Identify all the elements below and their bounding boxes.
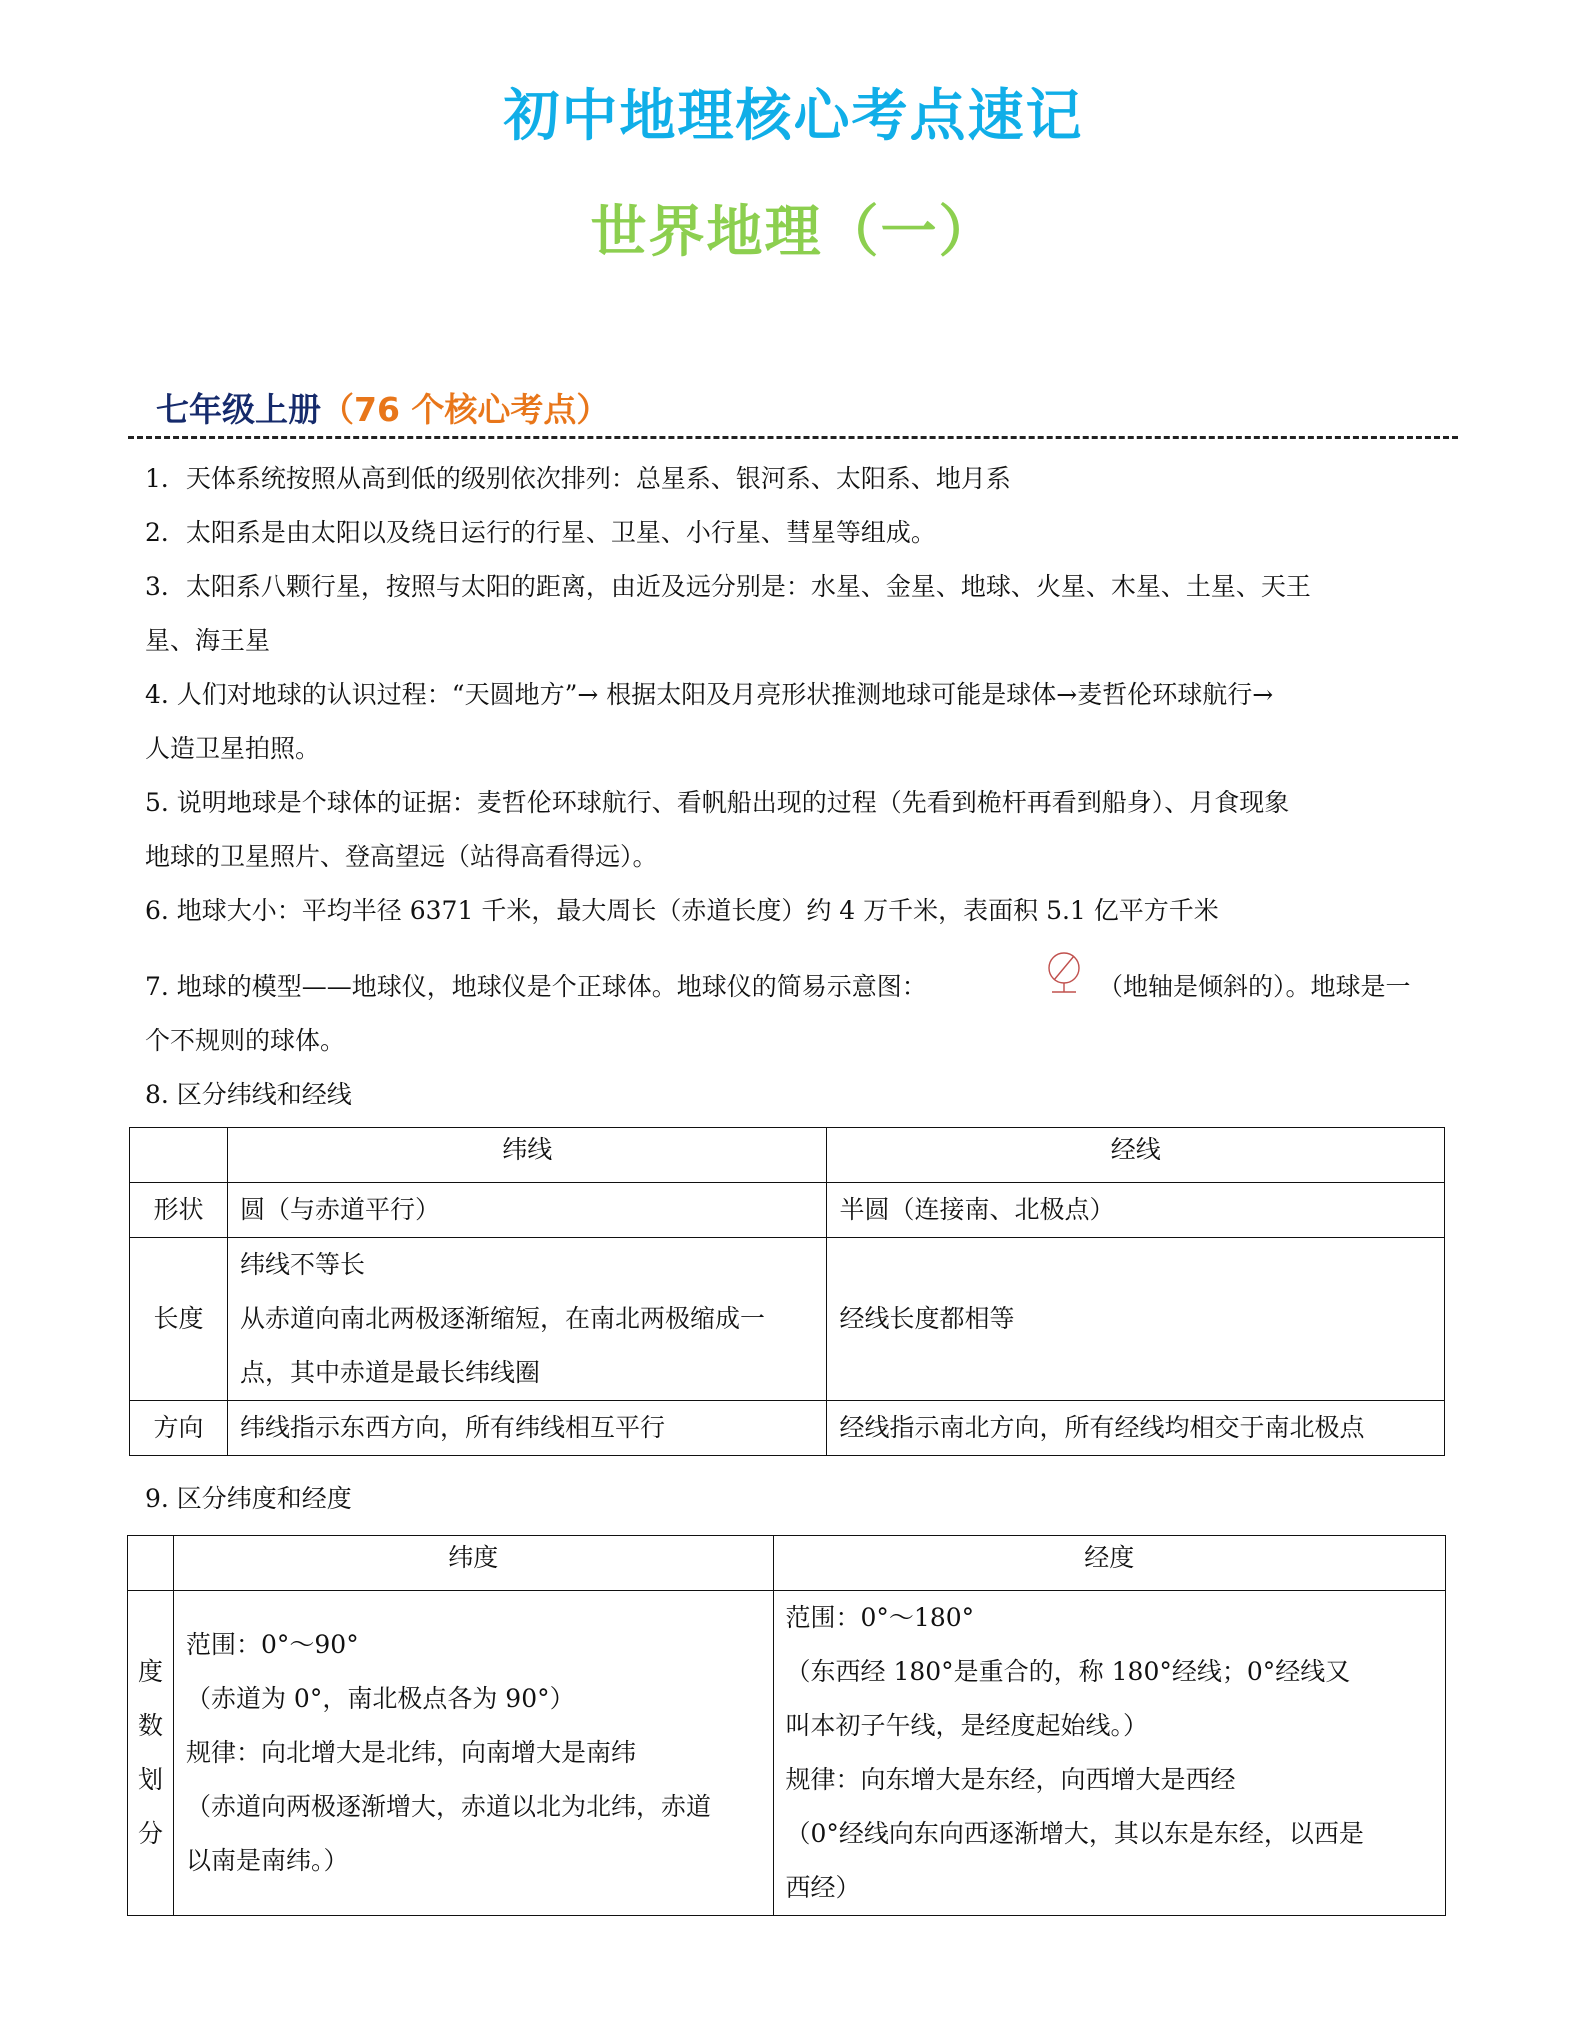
tilted-globe-icon <box>1042 950 1086 998</box>
table-row: 方向 纬线指示东西方向，所有纬线相互平行 经线指示南北方向，所有经线均相交于南北… <box>130 1401 1445 1456</box>
header-cell-longitude: 经度 <box>773 1536 1445 1591</box>
cell-text-line: （东西经 180°是重合的，称 180°经线；0°经线又 <box>786 1645 1433 1699</box>
point-4-line-1: 4. 人们对地球的认识过程：“天圆地方”→ 根据太阳及月亮形状推测地球可能是球体… <box>145 678 1273 712</box>
document-subtitle: 世界地理（一） <box>0 188 1587 268</box>
dashed-divider <box>128 436 1458 439</box>
cell-latitude-range: 范围：0°～90° （赤道为 0°，南北极点各为 90°） 规律：向北增大是北纬… <box>173 1591 773 1916</box>
point-4-line-2: 人造卫星拍照。 <box>145 732 320 766</box>
label-char: 度 <box>136 1645 164 1699</box>
table-header-row: 纬线 经线 <box>130 1128 1445 1183</box>
header-cell-latitude-lines: 纬线 <box>227 1128 827 1183</box>
point-2-line-1: 2．太阳系是由太阳以及绕日运行的行星、卫星、小行星、彗星等组成。 <box>145 516 936 550</box>
point-9-heading: 9. 区分纬度和经度 <box>145 1482 352 1516</box>
cell-longitude-range: 范围：0°～180° （东西经 180°是重合的，称 180°经线；0°经线又 … <box>773 1591 1445 1916</box>
table-row: 长度 纬线不等长 从赤道向南北两极逐渐缩短，在南北两极缩成一 点，其中赤道是最长… <box>130 1238 1445 1401</box>
cell-text-line: 纬线不等长 <box>240 1238 815 1292</box>
label-char: 数 <box>136 1699 164 1753</box>
header-cell-longitude-lines: 经线 <box>827 1128 1445 1183</box>
cell-text-line: 规律：向东增大是东经，向西增大是西经 <box>786 1753 1433 1807</box>
grade-label: 七年级上册 <box>156 390 321 429</box>
cell-text-line: 范围：0°～90° <box>186 1618 761 1672</box>
label-char: 划 <box>136 1753 164 1807</box>
point-3-line-1: 3．太阳系八颗行星，按照与太阳的距离，由近及远分别是：水星、金星、地球、火星、木… <box>145 570 1311 604</box>
cell-lat-length: 纬线不等长 从赤道向南北两极逐渐缩短，在南北两极缩成一 点，其中赤道是最长纬线圈 <box>227 1238 827 1401</box>
label-char: 分 <box>136 1807 164 1861</box>
cell-text-line: 叫本初子午线，是经度起始线。） <box>786 1699 1433 1753</box>
cell-text-line: 点，其中赤道是最长纬线圈 <box>240 1346 815 1400</box>
point-1-line-1: 1．天体系统按照从高到低的级别依次排列：总星系、银河系、太阳系、地月系 <box>145 462 1011 496</box>
header-cell-latitude: 纬度 <box>173 1536 773 1591</box>
row-label-shape: 形状 <box>130 1183 228 1238</box>
cell-text-line: （赤道向两极逐渐增大，赤道以北为北纬，赤道 <box>186 1780 761 1834</box>
point-6-line-1: 6. 地球大小：平均半径 6371 千米，最大周长（赤道长度）约 4 万千米，表… <box>145 894 1219 928</box>
point-count-label: （76 个核心考点） <box>321 390 609 429</box>
cell-lat-shape: 圆（与赤道平行） <box>227 1183 827 1238</box>
header-cell-empty <box>128 1536 174 1591</box>
point-3-line-2: 星、海王星 <box>145 624 270 658</box>
row-label-direction: 方向 <box>130 1401 228 1456</box>
table-header-row: 纬度 经度 <box>128 1536 1446 1591</box>
point-5-line-1: 5. 说明地球是个球体的证据：麦哲伦环球航行、看帆船出现的过程（先看到桅杆再看到… <box>145 786 1289 820</box>
row-label-length: 长度 <box>130 1238 228 1401</box>
table-row: 度 数 划 分 范围：0°～90° （赤道为 0°，南北极点各为 90°） 规律… <box>128 1591 1446 1916</box>
point-5-line-2: 地球的卫星照片、登高望远（站得高看得远）。 <box>145 840 658 874</box>
table-row: 形状 圆（与赤道平行） 半圆（连接南、北极点） <box>130 1183 1445 1238</box>
cell-text-line: （0°经线向东向西逐渐增大，其以东是东经，以西是 <box>786 1807 1433 1861</box>
latitude-longitude-degrees-table: 纬度 经度 度 数 划 分 范围：0°～90° （赤道为 0°，南北极点各为 9… <box>127 1535 1446 1916</box>
cell-lon-shape: 半圆（连接南、北极点） <box>827 1183 1445 1238</box>
document-title: 初中地理核心考点速记 <box>0 72 1587 152</box>
cell-text-line: 西经） <box>786 1861 1433 1915</box>
row-label-degree-division: 度 数 划 分 <box>128 1591 174 1916</box>
header-cell-empty <box>130 1128 228 1183</box>
cell-lon-length: 经线长度都相等 <box>827 1238 1445 1401</box>
cell-text-line: 范围：0°～180° <box>786 1591 1433 1645</box>
latitude-longitude-lines-table: 纬线 经线 形状 圆（与赤道平行） 半圆（连接南、北极点） 长度 纬线不等长 从… <box>129 1127 1445 1456</box>
cell-lon-direction: 经线指示南北方向，所有经线均相交于南北极点 <box>827 1401 1445 1456</box>
section-heading: 七年级上册（76 个核心考点） <box>156 384 609 431</box>
cell-lat-direction: 纬线指示东西方向，所有纬线相互平行 <box>227 1401 827 1456</box>
point-8-heading: 8. 区分纬线和经线 <box>145 1078 352 1112</box>
cell-text-line: （赤道为 0°，南北极点各为 90°） <box>186 1672 761 1726</box>
cell-text-line: 从赤道向南北两极逐渐缩短，在南北两极缩成一 <box>240 1292 815 1346</box>
point-7-line-2: 个不规则的球体。 <box>145 1024 345 1058</box>
point-7-line-1-cont: （地轴是倾斜的）。地球是一 <box>1098 970 1411 1004</box>
cell-text-line: 以南是南纬。） <box>186 1834 761 1888</box>
point-7-line-1: 7. 地球的模型——地球仪，地球仪是个正球体。地球仪的简易示意图： <box>145 970 927 1004</box>
cell-text-line: 规律：向北增大是北纬，向南增大是南纬 <box>186 1726 761 1780</box>
